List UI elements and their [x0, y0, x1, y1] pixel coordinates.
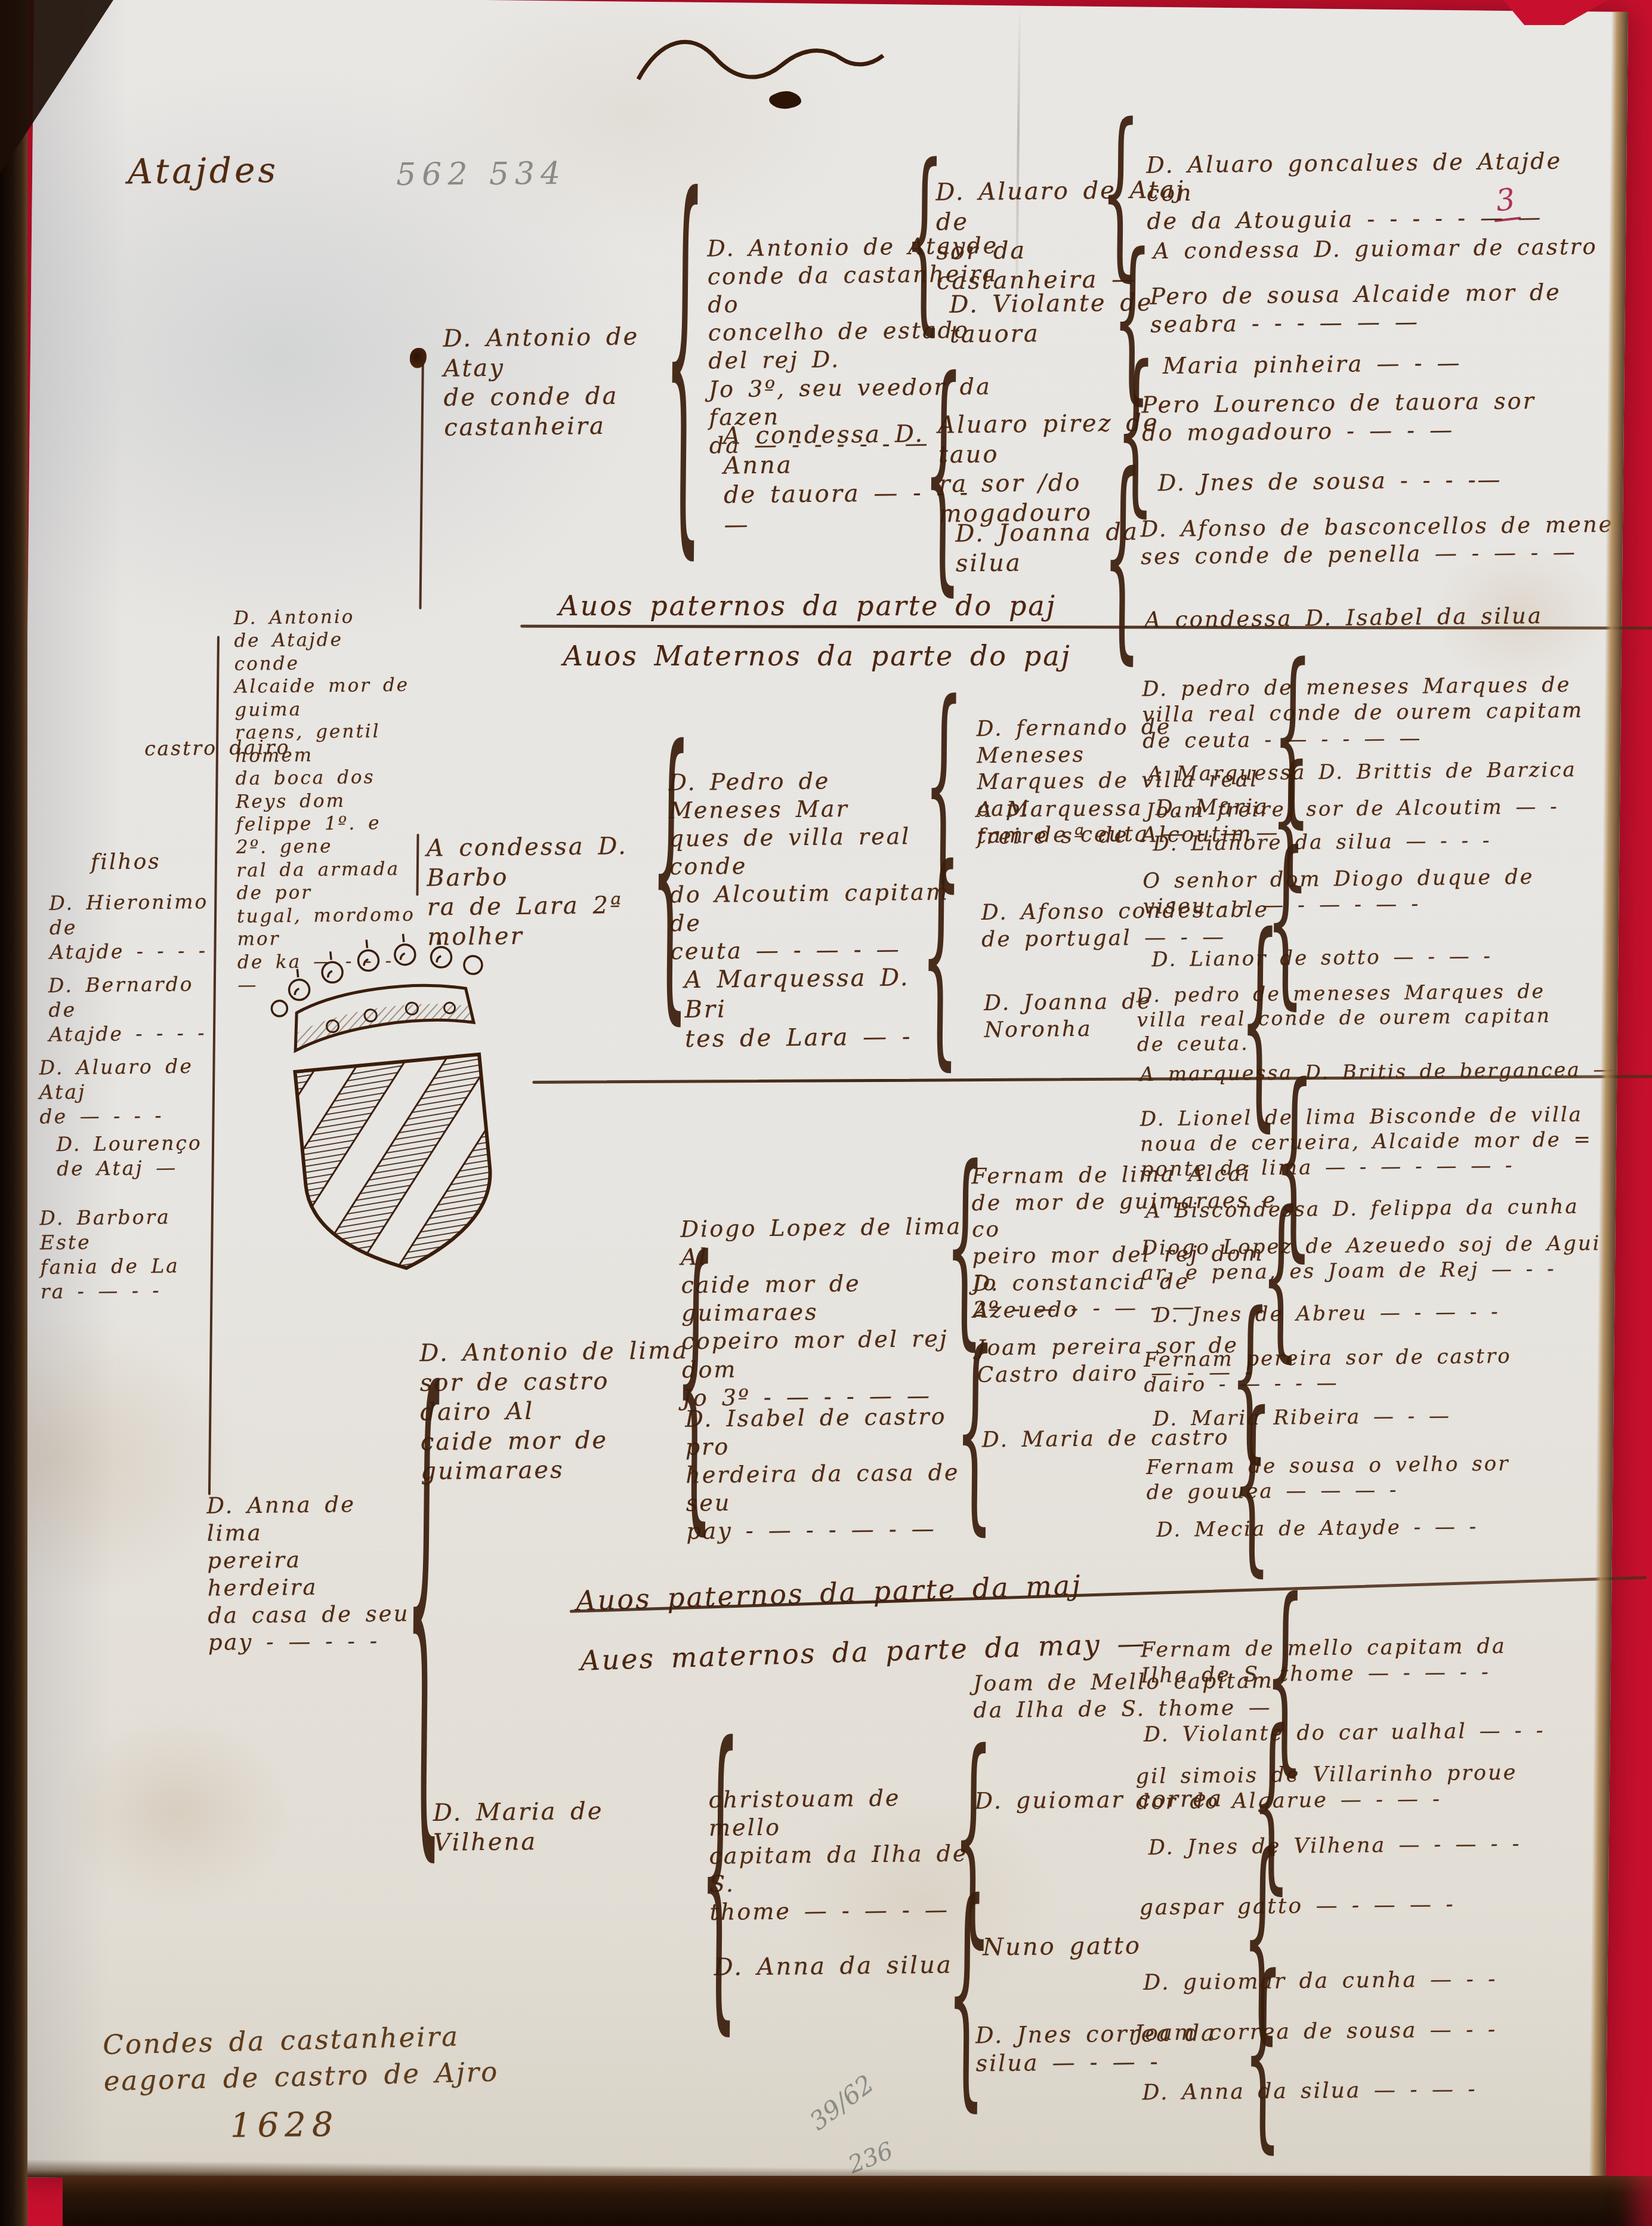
tree-node-tree-block4-aaa: Fernam de mello capitam da Ilha de S. th…: [1141, 1633, 1625, 1689]
brace-icon-14: {: [674, 1224, 700, 1549]
tree-node-tree-block2-a: D. Pedro de Meneses Mar ques de villa re…: [668, 766, 950, 966]
brace-icon-9: {: [920, 840, 946, 1081]
tree-node-tree-block3-head: D. Antonio de lima sor de castro dairo A…: [419, 1336, 696, 1487]
tree-node-tree-block3-bbb: D. Mecia de Atayde - — -: [1156, 1513, 1550, 1543]
tree-node-tree-block1-baa: Pero Lourenco de tauora sor do mogadouro…: [1141, 387, 1595, 448]
brace-icon-23: {: [946, 1874, 971, 2123]
tree-node-tree-block4-aab: D. Violante do car ualhal — - -: [1144, 1718, 1621, 1749]
tree-node-tree-block4-abb: D. Jnes de Vilhena — - — - -: [1148, 1831, 1578, 1861]
tree-node-tree-block2-bbb: A marquessa D. Britis de bergancea —: [1140, 1057, 1629, 1087]
book-edge-shadow: [63, 2176, 1652, 2226]
tree-node-tree-block4-aba: gil simois de Villarinho proue dor do Al…: [1135, 1759, 1625, 1816]
tree-node-tree-children_label: filhos: [91, 848, 222, 876]
tree-node-tree-block2-aab: A Marquessa D. Brittis de Barzica: [1148, 757, 1637, 787]
section-divider-2: [570, 1576, 1647, 1613]
photo-of-manuscript: Atajdes 562 534 3 Auos paternos da parte…: [0, 0, 1652, 2226]
brace-icon-7: {: [649, 714, 676, 1038]
tree-node-tree-block4-b: D. Anna da silua: [714, 1950, 976, 1983]
tree-node-tree-block2-bba: D. pedro de meneses Marques de villa rea…: [1137, 979, 1626, 1057]
tree-node-tree-block2-head: A condessa D. Barbo ra de Lara 2ª molher: [427, 831, 678, 952]
brace-icon-28: {: [403, 1339, 433, 1882]
tree-node-tree-block2-baa: O senhor dom Diogo duque de viseu - - — …: [1142, 864, 1602, 921]
tree-node-tree-block2-abb: D. Lianore da silua — - - -: [1153, 827, 1582, 857]
tree-node-tree-block4-head: D. Maria de Vilhena: [433, 1796, 702, 1858]
tree-trunk-line-1: [416, 834, 419, 896]
tree-node-tree-block1-head: D. Antonio de Atay de conde da castanhei…: [443, 322, 694, 443]
tree-node-tree-block4-a: christouam de mello capitam da Ilha de S…: [708, 1783, 984, 1926]
brace-icon-16: {: [955, 1327, 980, 1546]
tree-node-tree-subject-text: D. Antonio de Atajde conde Alcaide mor d…: [234, 605, 417, 997]
tree-node-tree-block4-bba: Joam correa de sousa — - -: [1134, 2016, 1599, 2048]
tree-node-tree-block3-aba: Diogo Lopez de Azeuedo soj de Agui ar, e…: [1141, 1231, 1643, 1286]
tree-node-tree-children-1: D. Bernardo de Atajde - - - -: [48, 972, 234, 1047]
brace-icon-20: {: [1232, 1390, 1258, 1586]
tree-node-tree-block4-ba: Nuno gatto: [983, 1931, 1233, 1963]
book-spine: [0, 0, 27, 2226]
tree-node-tree-block2-aaa: D. pedro de meneses Marques de villa rea…: [1142, 672, 1638, 755]
tree-node-tree-block1-aba: Pero de sousa Alcaide mor de seabra - - …: [1150, 278, 1604, 339]
tree-layer: castro dairoD. Antonio de Atajde conde A…: [11, 0, 1628, 2194]
manuscript-page: Atajdes 562 534 3 Auos paternos da parte…: [11, 0, 1628, 2194]
tree-node-tree-block2-b: A Marquessa D. Bri tes de Lara — -: [684, 963, 942, 1055]
brace-icon-1: {: [904, 141, 930, 346]
tree-node-tree-block3-bab: D. Maria Ribeira — - —: [1153, 1402, 1546, 1432]
brace-icon-13: {: [1239, 908, 1265, 1143]
tree-node-tree-children-4: D. Barbora Este fania de La ra - — - -: [39, 1204, 226, 1304]
tree-node-tree-children-2: D. Aluaro de Ataj de — - - -: [39, 1054, 224, 1129]
tree-node-tree-block2-aba: Joam freire, sor de Alcoutim — -: [1146, 794, 1611, 824]
brace-icon-21: {: [699, 1709, 725, 2049]
tree-node-tree-block1-bba: D. Afonso de basconcellos de mene ses co…: [1140, 511, 1636, 571]
tree-node-tree-block1-aab: A condessa D. guiomar de castro: [1153, 233, 1642, 265]
tree-node-tree-block3-b: D. Isabel de castro pro herdeira da casa…: [685, 1402, 978, 1546]
tree-node-tree-block4-bbb: D. Anna da silua — - — -: [1142, 2076, 1571, 2107]
tree-node-tree-mother: D. Anna de lima pereira herdeira da casa…: [206, 1490, 411, 1657]
brace-icon-27: {: [1243, 1951, 1268, 2163]
tree-trunk-line-0: [419, 355, 424, 609]
tree-node-tree-block1-abb: Maria pinheira — - —: [1163, 349, 1509, 380]
tree-node-tree-block2-bab: D. Lianor de sotto — - — -: [1151, 943, 1569, 972]
tree-node-tree-block1-bab: D. Jnes de sousa - - - -—: [1158, 465, 1528, 498]
tree-node-tree-block3-aaa: D. Lionel de lima Bisconde de villa noua…: [1140, 1102, 1642, 1182]
brace-icon-0: {: [663, 153, 691, 576]
tree-node-tree-block3-aab: A Biscondessa D. felippa da cunha: [1145, 1194, 1641, 1224]
tree-node-tree-block1-aaa: D. Aluaro goncalues de Atajde con de da …: [1146, 147, 1612, 236]
tree-node-tree-block4-baa: gaspar gatto — - — — -: [1140, 1891, 1569, 1922]
tree-node-tree-block4-bab: D. guiomar da cunha — - -: [1143, 1966, 1561, 1997]
brace-icon-2: {: [922, 351, 949, 608]
tree-node-tree-block3-bba: Fernam de sousa o velho sor de gouuea — …: [1146, 1450, 1618, 1506]
tree-node-tree-block3-abb: D. Jnes de Abreu — - — - -: [1154, 1299, 1571, 1328]
brace-icon-6: {: [1102, 448, 1128, 675]
tree-node-tree-block3-baa: Fernam pereira sor de castro dairo - — -…: [1144, 1343, 1610, 1398]
tree-node-tree-children-0: D. Hieronimo de Atajde - - - -: [49, 889, 234, 964]
tree-node-tree-block3-a: Diogo Lopez de lima Al caide mor de guim…: [680, 1213, 968, 1413]
